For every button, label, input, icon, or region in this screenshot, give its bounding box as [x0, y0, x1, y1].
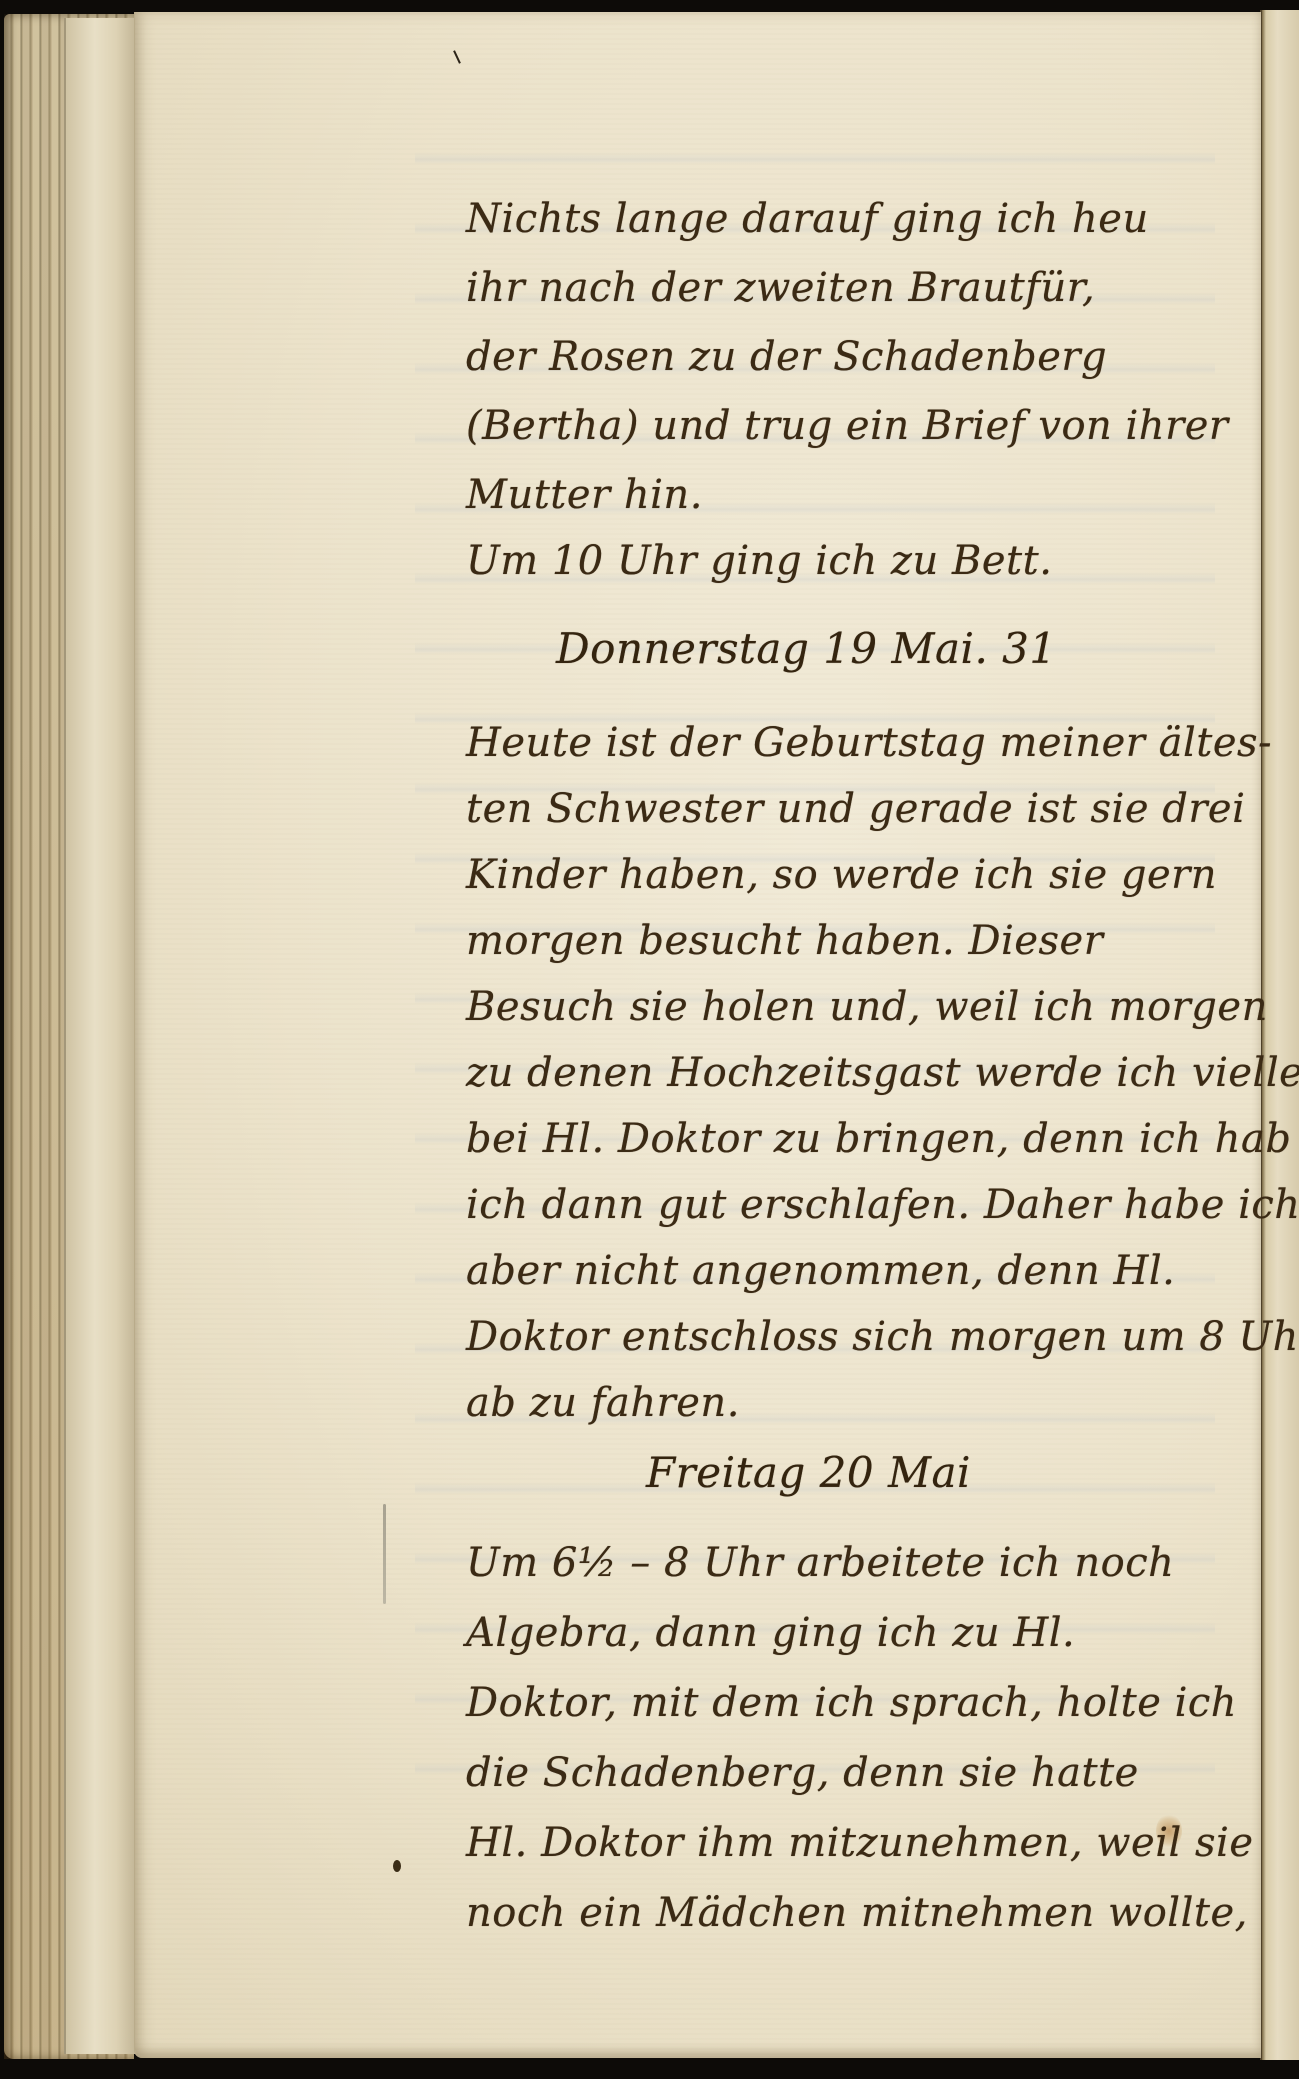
text-line: Nichts lange darauf ging ich heu [466, 196, 1149, 242]
adjacent-page-edge [1260, 10, 1299, 2060]
text-line: die Schadenberg, denn sie hatte [466, 1750, 1139, 1796]
text-line: Algebra, dann ging ich zu Hl. [466, 1610, 1075, 1656]
text-line: zu denen Hochzeitsgast werde ich viellei… [466, 1050, 1299, 1096]
text-line: Kinder haben, so werde ich sie gern [466, 852, 1217, 898]
text-line: noch ein Mädchen mitnehmen wollte, [466, 1890, 1248, 1936]
scanned-manuscript: Nichts lange darauf ging ich heu ihr nac… [0, 0, 1299, 2079]
text-line: Hl. Doktor ihm mitzunehmen, weil sie [466, 1820, 1254, 1866]
entry-date-heading: Donnerstag 19 Mai. 31 [556, 624, 1057, 673]
text-line: der Rosen zu der Schadenberg [466, 334, 1107, 380]
text-line: morgen besucht haben. Dieser [466, 918, 1103, 964]
text-line: Um 10 Uhr ging ich zu Bett. [466, 538, 1052, 584]
text-line: ich dann gut erschlafen. Daher habe ich [466, 1182, 1299, 1228]
ink-blot [393, 1860, 401, 1872]
text-line: Doktor, mit dem ich sprach, holte ich [466, 1680, 1237, 1726]
text-line: ab zu fahren. [466, 1380, 740, 1426]
text-line: Heute ist der Geburtstag meiner ältes- [466, 720, 1272, 766]
text-line: bei Hl. Doktor zu bringen, denn ich hab [466, 1116, 1291, 1162]
book-gutter [64, 18, 140, 2054]
text-line: Um 6½ – 8 Uhr arbeitete ich noch [466, 1540, 1174, 1586]
text-line: ihr nach der zweiten Brautfür, [466, 265, 1095, 311]
entry-date-heading: Freitag 20 Mai [646, 1448, 971, 1497]
text-line: aber nicht angenommen, denn Hl. [466, 1248, 1175, 1294]
text-line: Doktor entschloss sich morgen um 8 Uhr [466, 1314, 1299, 1360]
text-line: ten Schwester und gerade ist sie drei [466, 786, 1245, 832]
text-line: Besuch sie holen und, weil ich morgen [466, 984, 1268, 1030]
text-line: (Bertha) und trug ein Brief von ihrer [466, 403, 1228, 449]
pencil-margin-mark [383, 1504, 386, 1604]
text-line: Mutter hin. [466, 472, 703, 518]
